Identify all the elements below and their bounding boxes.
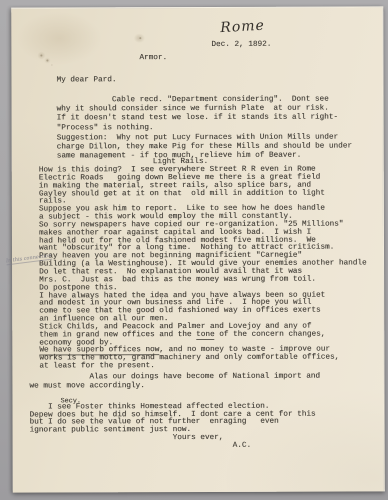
body-paragraph: How is this doing? I see everywhere Stre… bbox=[39, 166, 367, 371]
paper-speck bbox=[139, 37, 141, 39]
closing-paragraph: Alas our doings have become of National … bbox=[29, 373, 320, 392]
section-heading: Light Rails. bbox=[153, 158, 208, 166]
paper-speck bbox=[51, 64, 52, 65]
paper-speck bbox=[46, 59, 48, 61]
handwritten-location: Rome bbox=[220, 18, 265, 36]
subject-line: Armor. bbox=[139, 54, 167, 62]
postscript-paragraph: I see Foster thinks Homestead affected e… bbox=[29, 404, 315, 451]
paper: Rome Dec. 2, 1892. Armor. My dear Pard. … bbox=[11, 6, 385, 492]
scanned-letter-page: { "page": { "background_color": "#a7a6a8… bbox=[0, 0, 388, 500]
intro-paragraph: Cable recd. "Department considering". Do… bbox=[57, 96, 339, 134]
paper-speck bbox=[40, 54, 42, 56]
salutation: My dear Pard. bbox=[56, 76, 116, 84]
date-line: Dec. 2, 1892. bbox=[211, 41, 271, 49]
